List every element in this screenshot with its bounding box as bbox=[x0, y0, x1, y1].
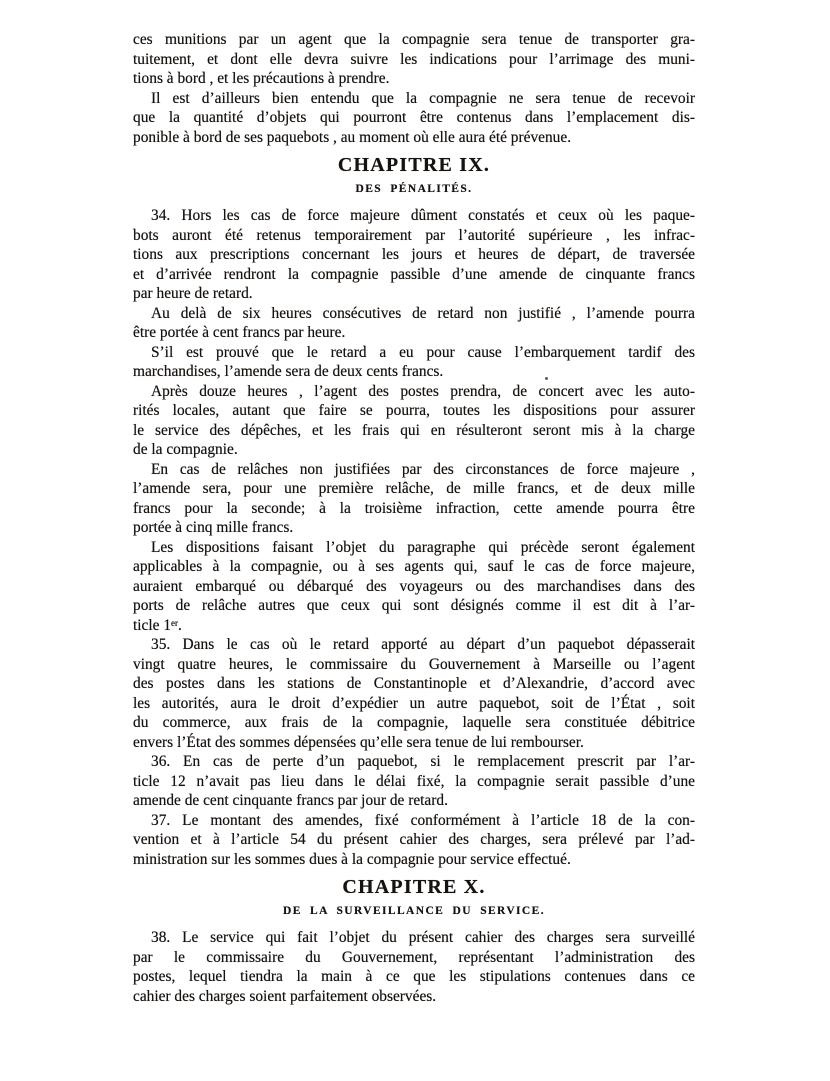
text-line: portée à cinq mille francs. bbox=[133, 518, 695, 538]
text-line: ticle 1er. bbox=[133, 616, 695, 636]
text-line: par heure de retard. bbox=[133, 284, 695, 304]
paragraph: Au delà de six heures consécutives de re… bbox=[133, 304, 695, 343]
text-line: cahier des charges soient parfaitement o… bbox=[133, 987, 695, 1007]
superscript: er bbox=[171, 618, 178, 628]
paragraph: Après douze heures , l’agent des postes … bbox=[133, 382, 695, 460]
paragraph: En cas de relâches non justifiées par de… bbox=[133, 460, 695, 538]
paragraph: Les dispositions faisant l’objet du para… bbox=[133, 538, 695, 636]
text-line: ponible à bord de ses paquebots , au mom… bbox=[133, 128, 695, 148]
text-line: les autorités, aura le droit d’expédier … bbox=[133, 694, 695, 714]
text-line: tuitement, et dont elle devra suivre les… bbox=[133, 50, 695, 70]
text-line: 36. En cas de perte d’un paquebot, si le… bbox=[133, 752, 695, 772]
text-line: 34. Hors les cas de force majeure dûment… bbox=[133, 206, 695, 226]
paragraph: 35. Dans le cas où le retard apporté au … bbox=[133, 635, 695, 752]
text-line: Après douze heures , l’agent des postes … bbox=[133, 382, 695, 402]
text-line: être portée à cent francs par heure. bbox=[133, 323, 695, 343]
text-line: ministration sur les sommes dues à la co… bbox=[133, 850, 695, 870]
text-line: l’amende sera, pour une première relâche… bbox=[133, 479, 695, 499]
text-line: 38. Le service qui fait l’objet du prése… bbox=[133, 928, 695, 948]
text-line: Au delà de six heures consécutives de re… bbox=[133, 304, 695, 324]
text-line: bots auront été retenus temporairement p… bbox=[133, 226, 695, 246]
text-line: le service des dépêches, et les frais qu… bbox=[133, 421, 695, 441]
paragraph: 37. Le montant des amendes, fixé conform… bbox=[133, 811, 695, 870]
text-line: de la compagnie. bbox=[133, 440, 695, 460]
text-line: par le commissaire du Gouvernement, repr… bbox=[133, 948, 695, 968]
text-line: Il est d’ailleurs bien entendu que la co… bbox=[133, 89, 695, 109]
ink-speck bbox=[690, 973, 692, 975]
section-heading: DES PÉNALITÉS. bbox=[133, 182, 695, 197]
text-line: que la quantité d’objets qui pourront êt… bbox=[133, 108, 695, 128]
text-line: envers l’État des sommes dépensées qu’el… bbox=[133, 733, 695, 753]
text-line: du commerce, aux frais de la compagnie, … bbox=[133, 713, 695, 733]
page-text: ces munitions par un agent que la compag… bbox=[133, 30, 695, 1006]
text-line: francs pour la seconde; à la troisième i… bbox=[133, 499, 695, 519]
chapter-heading: CHAPITRE IX. bbox=[133, 153, 695, 178]
text-line: S’il est prouvé que le retard a eu pour … bbox=[133, 343, 695, 363]
paragraph: 38. Le service qui fait l’objet du prése… bbox=[133, 928, 695, 1006]
text-line: 37. Le montant des amendes, fixé conform… bbox=[133, 811, 695, 831]
text-line: postes, lequel tiendra la main à ce que … bbox=[133, 967, 695, 987]
text-line: ports de relâche autres que ceux qui son… bbox=[133, 596, 695, 616]
text-line: marchandises, l’amende sera de deux cent… bbox=[133, 362, 695, 382]
paragraph: ces munitions par un agent que la compag… bbox=[133, 30, 695, 89]
paragraph: 34. Hors les cas de force majeure dûment… bbox=[133, 206, 695, 304]
paragraph: Il est d’ailleurs bien entendu que la co… bbox=[133, 89, 695, 148]
text-line: ces munitions par un agent que la compag… bbox=[133, 30, 695, 50]
text-line: tions aux prescriptions concernant les j… bbox=[133, 245, 695, 265]
ink-speck bbox=[545, 377, 548, 380]
section-heading: DE LA SURVEILLANCE DU SERVICE. bbox=[133, 904, 695, 919]
text-line: Les dispositions faisant l’objet du para… bbox=[133, 538, 695, 558]
text-line: 35. Dans le cas où le retard apporté au … bbox=[133, 635, 695, 655]
chapter-heading: CHAPITRE X. bbox=[133, 875, 695, 900]
text-line: vention et à l’article 54 du présent cah… bbox=[133, 830, 695, 850]
text-line: auraient embarqué ou débarqué des voyage… bbox=[133, 577, 695, 597]
paragraph: S’il est prouvé que le retard a eu pour … bbox=[133, 343, 695, 382]
text-line: vingt quatre heures, le commissaire du G… bbox=[133, 655, 695, 675]
text-line: et d’arrivée rendront la compagnie passi… bbox=[133, 265, 695, 285]
text-line: ticle 12 n’avait pas lieu dans le délai … bbox=[133, 772, 695, 792]
text-line: amende de cent cinquante francs par jour… bbox=[133, 791, 695, 811]
text-line: rités locales, autant que faire se pourr… bbox=[133, 401, 695, 421]
text-line: En cas de relâches non justifiées par de… bbox=[133, 460, 695, 480]
paragraph: 36. En cas de perte d’un paquebot, si le… bbox=[133, 752, 695, 811]
scanned-page: ces munitions par un agent que la compag… bbox=[0, 0, 830, 1081]
text-line: des postes dans les stations de Constant… bbox=[133, 674, 695, 694]
text-line: tions à bord , et les précautions à pren… bbox=[133, 69, 695, 89]
text-line: applicables à la compagnie, ou à ses age… bbox=[133, 557, 695, 577]
